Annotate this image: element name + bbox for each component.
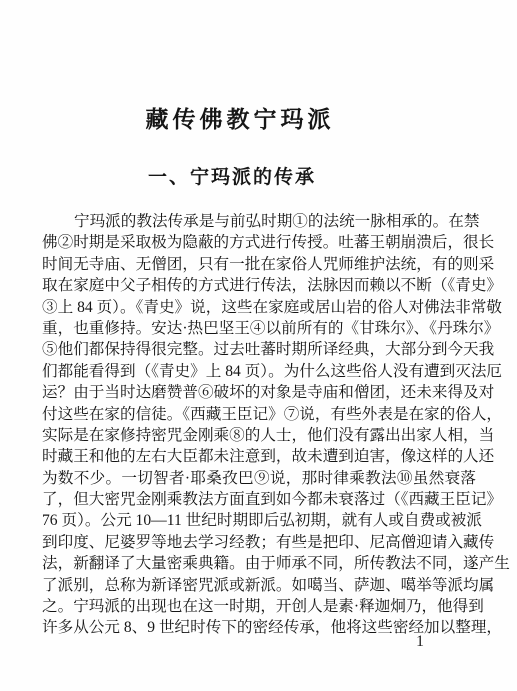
section-heading: 一、宁玛派的传承 bbox=[0, 162, 464, 189]
text-line: ⑤他们都保持得很完整。过去吐蕃时期所译经典，大部分到今天我 bbox=[42, 339, 476, 360]
page-number: 1 bbox=[416, 633, 424, 651]
text-line: 时间无寺庙、无僧团，只有一批在家俗人咒师维护法统，有的则采 bbox=[42, 254, 476, 275]
text-line: 到印度、尼婆罗等地去学习经教；有些是把印、尼高僧迎请入藏传 bbox=[42, 532, 476, 553]
text-line: 们都能看得到（《青史》上 84 页）。为什么这些俗人没有遭到灭法厄 bbox=[42, 361, 476, 382]
document-title: 藏传佛教宁玛派 bbox=[0, 101, 480, 134]
text-line: 重，也重修持。安达·热巴坚王④以前所有的《甘珠尔》、《丹珠尔》 bbox=[42, 318, 476, 339]
text-line: 为数不少。一切智者·耶桑孜巴⑨说，那时律乘教法⑩虽然衰落 bbox=[42, 468, 476, 489]
text-line: 76 页）。公元 10—11 世纪时期即后弘初期，就有人或自费或被派 bbox=[42, 510, 476, 531]
text-line: 宁玛派的教法传承是与前弘时期①的法统一脉相承的。在禁 bbox=[42, 211, 476, 232]
text-line: 法，新翻译了大量密乘典籍。由于师承不同，所传教法不同，遂产生 bbox=[42, 553, 476, 574]
body-paragraph: 宁玛派的教法传承是与前弘时期①的法统一脉相承的。在禁佛②时期是采取极为隐蔽的方式… bbox=[42, 211, 476, 639]
text-line: 佛②时期是采取极为隐蔽的方式进行传授。吐蕃王朝崩溃后，很长 bbox=[42, 232, 476, 253]
text-line: 实际是在家修持密咒金刚乘⑧的人士，他们没有露出出家人相，当 bbox=[42, 425, 476, 446]
text-line: 许多从公元 8、9 世纪时传下的密经传承，他将这些密经加以整理， bbox=[42, 617, 476, 638]
text-line: 时藏王和他的左右大臣都未注意到，故未遭到迫害，像这样的人还 bbox=[42, 446, 476, 467]
text-line: 之。宁玛派的出现也在这一时期，开创人是素·释迦炯乃，他得到 bbox=[42, 596, 476, 617]
text-line: 付这些在家的信徒。《西藏王臣记》⑦说，有些外表是在家的俗人， bbox=[42, 404, 476, 425]
text-line: ③上 84 页）。《青史》说，这些在家庭或居山岩的俗人对佛法非常敬 bbox=[42, 297, 476, 318]
text-line: 了派别，总称为新译密咒派或新派。如噶当、萨迦、噶举等派均属 bbox=[42, 575, 476, 596]
text-line: 了，但大密咒金刚乘教法方面直到如今都未衰落过（《西藏王臣记》 bbox=[42, 489, 476, 510]
text-line: 运？由于当时达磨赞普⑥破坏的对象是寺庙和僧团，还未来得及对 bbox=[42, 382, 476, 403]
document-page: 藏传佛教宁玛派 一、宁玛派的传承 宁玛派的教法传承是与前弘时期①的法统一脉相承的… bbox=[0, 0, 517, 691]
text-line: 取在家庭中父子相传的方式进行传法，法脉因而赖以不断（《青史》 bbox=[42, 275, 476, 296]
